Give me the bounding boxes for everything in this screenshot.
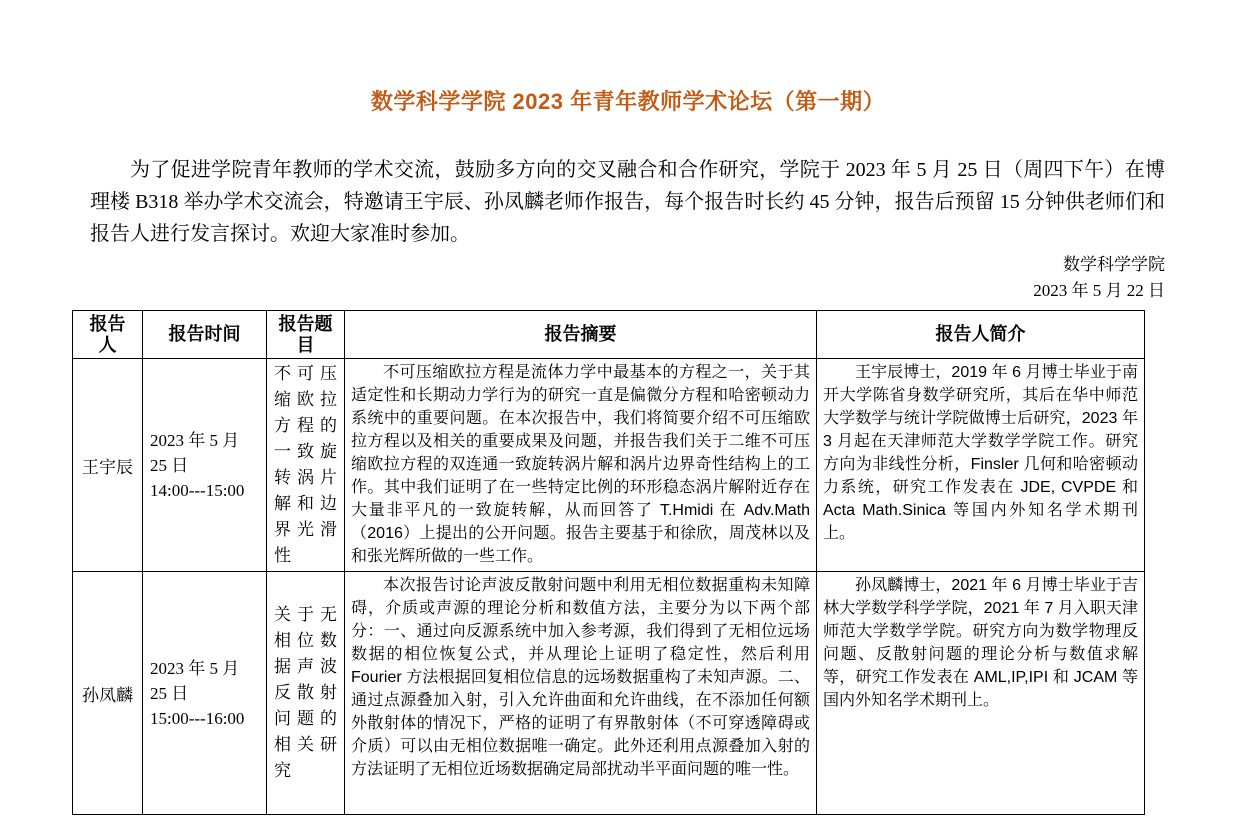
header-bio: 报告人简介 — [817, 311, 1145, 359]
report-abstract: 不可压缩欧拉方程是流体力学中最基本的方程之一，关于其适定性和长期动力学行为的研究… — [345, 359, 817, 572]
signature-org: 数学科学学院 — [0, 252, 1165, 278]
table-header-row: 报告人 报告时间 报告题目 报告摘要 报告人简介 — [73, 311, 1145, 359]
speaker-bio: 孙凤麟博士，2021 年 6 月博士毕业于吉林大学数学科学学院，2021 年 7… — [817, 572, 1145, 815]
forum-schedule-table: 报告人 报告时间 报告题目 报告摘要 报告人简介 王宇辰 2023 年 5 月 … — [72, 310, 1145, 815]
header-title: 报告题目 — [267, 311, 345, 359]
speaker-bio: 王宇辰博士，2019 年 6 月博士毕业于南开大学陈省身数学研究所，其后在华中师… — [817, 359, 1145, 572]
header-time: 报告时间 — [143, 311, 267, 359]
report-title: 不可压缩欧拉方程的一致旋转涡片解和边界光滑性 — [267, 359, 345, 572]
table-row: 王宇辰 2023 年 5 月 25 日 14:00---15:00 不可压缩欧拉… — [73, 359, 1145, 572]
header-abstract: 报告摘要 — [345, 311, 817, 359]
report-time: 2023 年 5 月 25 日 15:00---16:00 — [143, 572, 267, 815]
intro-paragraph: 为了促进学院青年教师的学术交流，鼓励多方向的交叉融合和合作研究，学院于 2023… — [90, 154, 1165, 250]
table-row: 孙凤麟 2023 年 5 月 25 日 15:00---16:00 关于无相位数… — [73, 572, 1145, 815]
report-title: 关于无相位数据声波反散射问题的相关研究 — [267, 572, 345, 815]
speaker-name: 孙凤麟 — [73, 572, 143, 815]
document-title: 数学科学学院 2023 年青年教师学术论坛（第一期） — [0, 0, 1256, 118]
report-time: 2023 年 5 月 25 日 14:00---15:00 — [143, 359, 267, 572]
document-page: 数学科学学院 2023 年青年教师学术论坛（第一期） 为了促进学院青年教师的学术… — [0, 0, 1256, 817]
signature-block: 数学科学学院 2023 年 5 月 22 日 — [0, 252, 1165, 304]
report-abstract: 本次报告讨论声波反散射问题中利用无相位数据重构未知障碍，介质或声源的理论分析和数… — [345, 572, 817, 815]
signature-date: 2023 年 5 月 22 日 — [0, 278, 1165, 304]
speaker-name: 王宇辰 — [73, 359, 143, 572]
header-speaker: 报告人 — [73, 311, 143, 359]
